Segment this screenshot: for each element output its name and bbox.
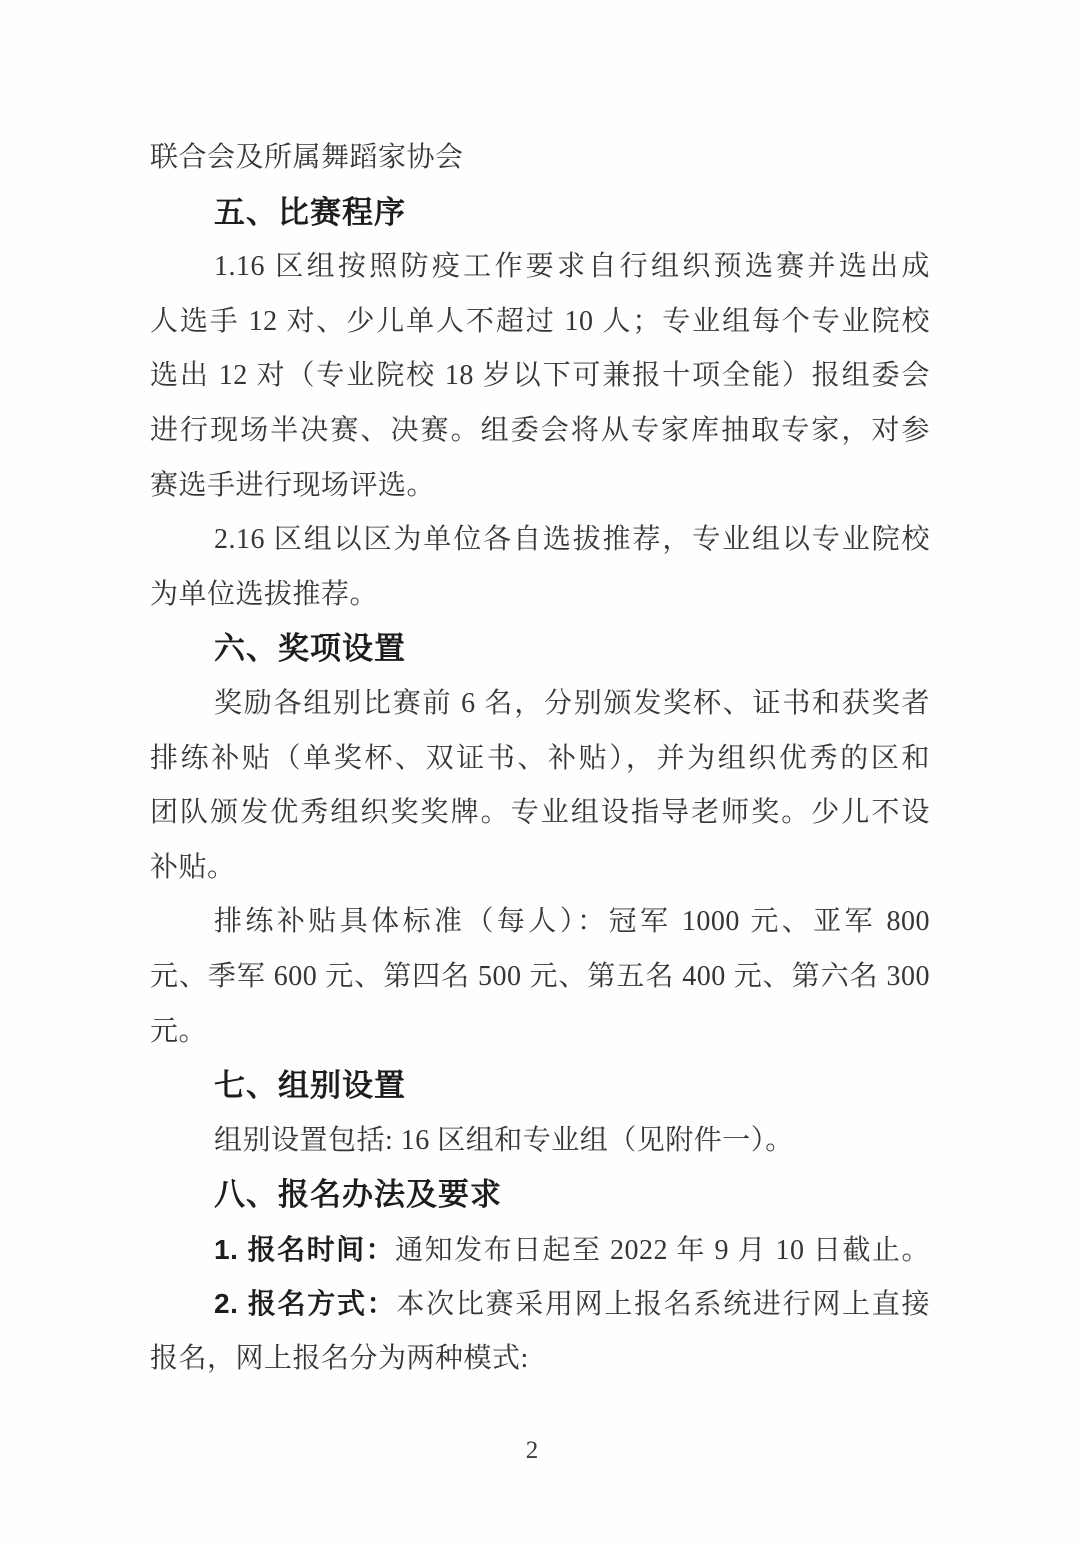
document-body: 联合会及所属舞蹈家协会 五、比赛程序 1.16 区组按照防疫工作要求自行组织预选…	[150, 131, 930, 1387]
body-line-text: 进行现场半决赛、决赛。组委会将从专家库抽取专家，对参	[150, 415, 930, 446]
body-line: 排练补贴（单奖杯、双证书、补贴），并为组织优秀的区和	[150, 732, 930, 787]
body-line-text: 联合会及所属舞蹈家协会	[150, 142, 464, 173]
heading-section-7: 七、组别设置	[150, 1059, 930, 1114]
body-line: 奖励各组别比赛前 6 名，分别颁发奖杯、证书和获奖者	[150, 677, 930, 732]
body-line-text: 本次比赛采用网上报名系统进行网上直接	[396, 1289, 930, 1320]
body-line: 2. 报名方式：本次比赛采用网上报名系统进行网上直接	[150, 1277, 930, 1332]
body-line-text: 2.16 区组以区为单位各自选拔推荐，专业组以专业院校	[214, 524, 930, 555]
body-line: 元。	[150, 1005, 930, 1060]
body-line: 元、季军 600 元、第四名 500 元、第五名 400 元、第六名 300	[150, 950, 930, 1005]
body-line-text: 选出 12 对（专业院校 18 岁以下可兼报十项全能）报组委会	[150, 360, 930, 391]
body-line: 组别设置包括: 16 区组和专业组（见附件一）。	[150, 1114, 930, 1169]
body-line: 选出 12 对（专业院校 18 岁以下可兼报十项全能）报组委会	[150, 349, 930, 404]
body-line: 团队颁发优秀组织奖奖牌。专业组设指导老师奖。少儿不设	[150, 786, 930, 841]
body-line-text: 为单位选拔推荐。	[150, 579, 378, 610]
body-line-text: 团队颁发优秀组织奖奖牌。专业组设指导老师奖。少儿不设	[150, 797, 930, 828]
heading-section-5: 五、比赛程序	[150, 186, 930, 241]
body-line: 排练补贴具体标准（每人）：冠军 1000 元、亚军 800	[150, 895, 930, 950]
heading-text: 八、报名办法及要求	[214, 1177, 502, 1212]
body-line-text: 组别设置包括: 16 区组和专业组（见附件一）。	[214, 1125, 794, 1156]
body-line-text: 通知发布日起至 2022 年 9 月 10 日截止。	[395, 1235, 930, 1266]
bold-label-registration-time: 1. 报名时间：	[214, 1234, 395, 1265]
body-line: 为单位选拔推荐。	[150, 568, 930, 623]
heading-text: 七、组别设置	[214, 1068, 406, 1103]
body-line: 赛选手进行现场评选。	[150, 459, 930, 514]
body-line-text: 赛选手进行现场评选。	[150, 470, 435, 501]
body-line-text: 元。	[150, 1016, 207, 1047]
body-line: 报名，网上报名分为两种模式:	[150, 1332, 930, 1387]
heading-section-6: 六、奖项设置	[150, 622, 930, 677]
heading-text: 六、奖项设置	[214, 631, 406, 666]
body-line: 人选手 12 对、少儿单人不超过 10 人；专业组每个专业院校	[150, 295, 930, 350]
body-line-text: 奖励各组别比赛前 6 名，分别颁发奖杯、证书和获奖者	[214, 688, 930, 719]
body-line: 1. 报名时间：通知发布日起至 2022 年 9 月 10 日截止。	[150, 1223, 930, 1278]
body-line-text: 排练补贴（单奖杯、双证书、补贴），并为组织优秀的区和	[150, 743, 930, 774]
body-line: 补贴。	[150, 841, 930, 896]
heading-section-8: 八、报名办法及要求	[150, 1168, 930, 1223]
body-line: 2.16 区组以区为单位各自选拔推荐，专业组以专业院校	[150, 513, 930, 568]
heading-text: 五、比赛程序	[214, 195, 406, 230]
bold-label-registration-method: 2. 报名方式：	[214, 1288, 396, 1319]
body-line-text: 1.16 区组按照防疫工作要求自行组织预选赛并选出成	[214, 251, 930, 282]
body-line: 进行现场半决赛、决赛。组委会将从专家库抽取专家，对参	[150, 404, 930, 459]
body-line: 1.16 区组按照防疫工作要求自行组织预选赛并选出成	[150, 240, 930, 295]
body-line-text: 排练补贴具体标准（每人）：冠军 1000 元、亚军 800	[214, 906, 930, 937]
document-page: 联合会及所属舞蹈家协会 五、比赛程序 1.16 区组按照防疫工作要求自行组织预选…	[0, 0, 1080, 1541]
body-line-text: 人选手 12 对、少儿单人不超过 10 人；专业组每个专业院校	[150, 306, 930, 337]
body-line-text: 补贴。	[150, 852, 236, 883]
page-number: 2	[0, 1437, 1072, 1465]
body-line: 联合会及所属舞蹈家协会	[150, 131, 930, 186]
body-line-text: 报名，网上报名分为两种模式:	[150, 1343, 529, 1374]
body-line-text: 元、季军 600 元、第四名 500 元、第五名 400 元、第六名 300	[150, 961, 930, 992]
